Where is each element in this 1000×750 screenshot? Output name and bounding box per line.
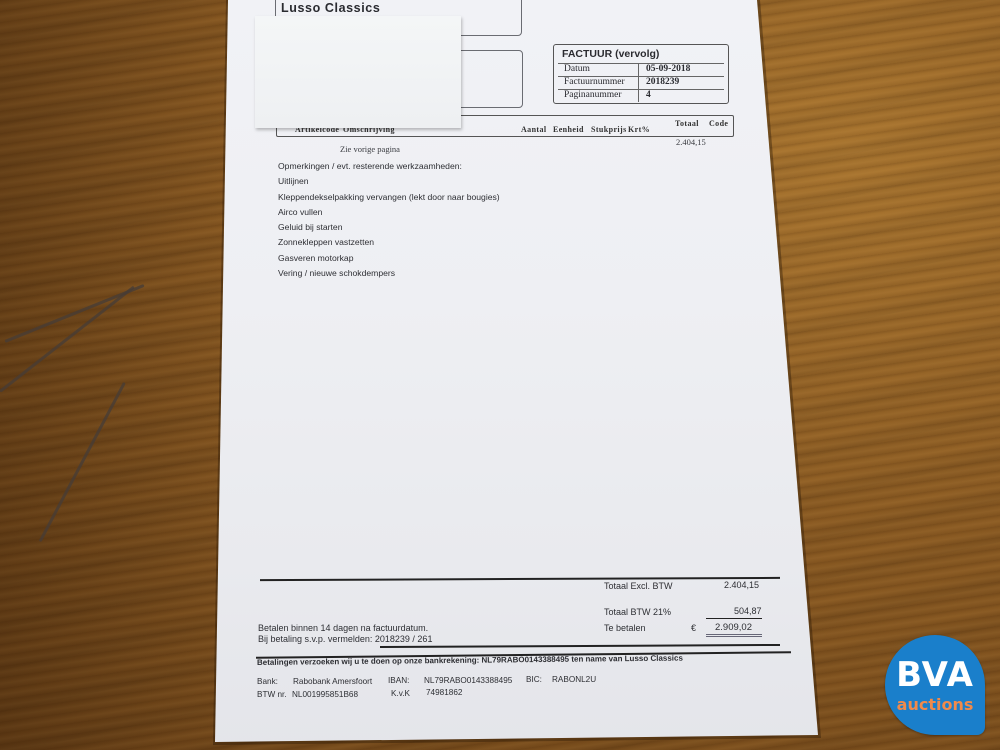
bva-sub-text: auctions: [885, 695, 985, 714]
bic-value: RABONL2U: [552, 675, 596, 684]
kvk-label: K.v.K: [391, 689, 410, 698]
bank-label: Bank:: [257, 677, 278, 686]
bva-auctions-logo: BVA auctions: [885, 635, 985, 735]
due-double-underline: [706, 636, 762, 637]
info-value: 4: [646, 90, 651, 100]
bva-brand-text: BVA: [885, 655, 985, 695]
kvk-value: 74981862: [426, 688, 462, 697]
currency-symbol: €: [691, 623, 696, 633]
carry-over-description: Zie vorige pagina: [340, 144, 400, 154]
divider: [638, 64, 639, 76]
iban-label: IBAN:: [388, 676, 409, 685]
info-row-date: Datum 05-09-2018: [558, 63, 724, 76]
remarks-list: Opmerkingen / evt. resterende werkzaamhe…: [278, 159, 500, 281]
col-discount: Krt%: [628, 125, 650, 134]
info-value: 05-09-2018: [646, 64, 690, 74]
vat-number-label: BTW nr.: [257, 690, 287, 699]
remark-item: Uitlijnen: [278, 174, 500, 189]
remark-item: Geluid bij starten: [278, 220, 500, 235]
remark-item: Kleppendekselpakking vervangen (lekt doo…: [278, 190, 500, 205]
carry-over-total: 2.404,15: [676, 137, 706, 147]
remark-item: Zonnekleppen vastzetten: [278, 235, 500, 250]
info-label: Datum: [564, 64, 590, 74]
sticky-note-cover: [255, 16, 461, 128]
bic-label: BIC:: [526, 675, 542, 684]
divider: [638, 77, 639, 89]
iban-value: NL79RABO0143388495: [424, 676, 512, 685]
info-row-page-number: Paginanummer 4: [558, 89, 724, 102]
vat-number-value: NL001995851B68: [292, 690, 358, 699]
vat-underline: [706, 618, 762, 619]
remark-item: Airco vullen: [278, 205, 500, 220]
payment-term-line: Betalen binnen 14 dagen na factuurdatum.: [258, 623, 428, 633]
wood-table-shade: [0, 0, 240, 750]
total-excl-value: 2.404,15: [724, 580, 759, 590]
invoice-info-box: FACTUUR (vervolg) Datum 05-09-2018 Factu…: [553, 44, 729, 104]
amount-due-label: Te betalen: [604, 623, 646, 633]
bank-value: Rabobank Amersfoort: [293, 677, 372, 686]
total-excl-label: Totaal Excl. BTW: [604, 581, 673, 591]
col-unit: Eenheid: [553, 125, 584, 134]
company-name: Lusso Classics: [281, 1, 380, 15]
totals-top-rule: [260, 577, 780, 581]
due-double-underline: [706, 634, 762, 635]
total-vat-value: 504,87: [734, 606, 762, 616]
remarks-heading: Opmerkingen / evt. resterende werkzaamhe…: [278, 159, 500, 174]
info-label: Factuurnummer: [564, 77, 625, 87]
total-vat-label: Totaal BTW 21%: [604, 607, 671, 617]
amount-due-value: 2.909,02: [715, 622, 752, 633]
info-value: 2018239: [646, 77, 679, 87]
col-code: Code: [709, 119, 728, 128]
remark-item: Gasveren motorkap: [278, 251, 500, 266]
col-unit-price: Stukprijs: [591, 125, 627, 134]
info-row-invoice-number: Factuurnummer 2018239: [558, 76, 724, 89]
totals-bottom-rule: [380, 644, 780, 648]
payment-reference-line: Bij betaling s.v.p. vermelden: 2018239 /…: [258, 634, 432, 644]
remark-item: Vering / nieuwe schokdempers: [278, 266, 500, 281]
info-label: Paginanummer: [564, 90, 622, 100]
col-quantity: Aantal: [521, 125, 547, 134]
col-total: Totaal: [675, 119, 699, 128]
invoice-title: FACTUUR (vervolg): [562, 48, 659, 60]
divider: [638, 90, 639, 102]
